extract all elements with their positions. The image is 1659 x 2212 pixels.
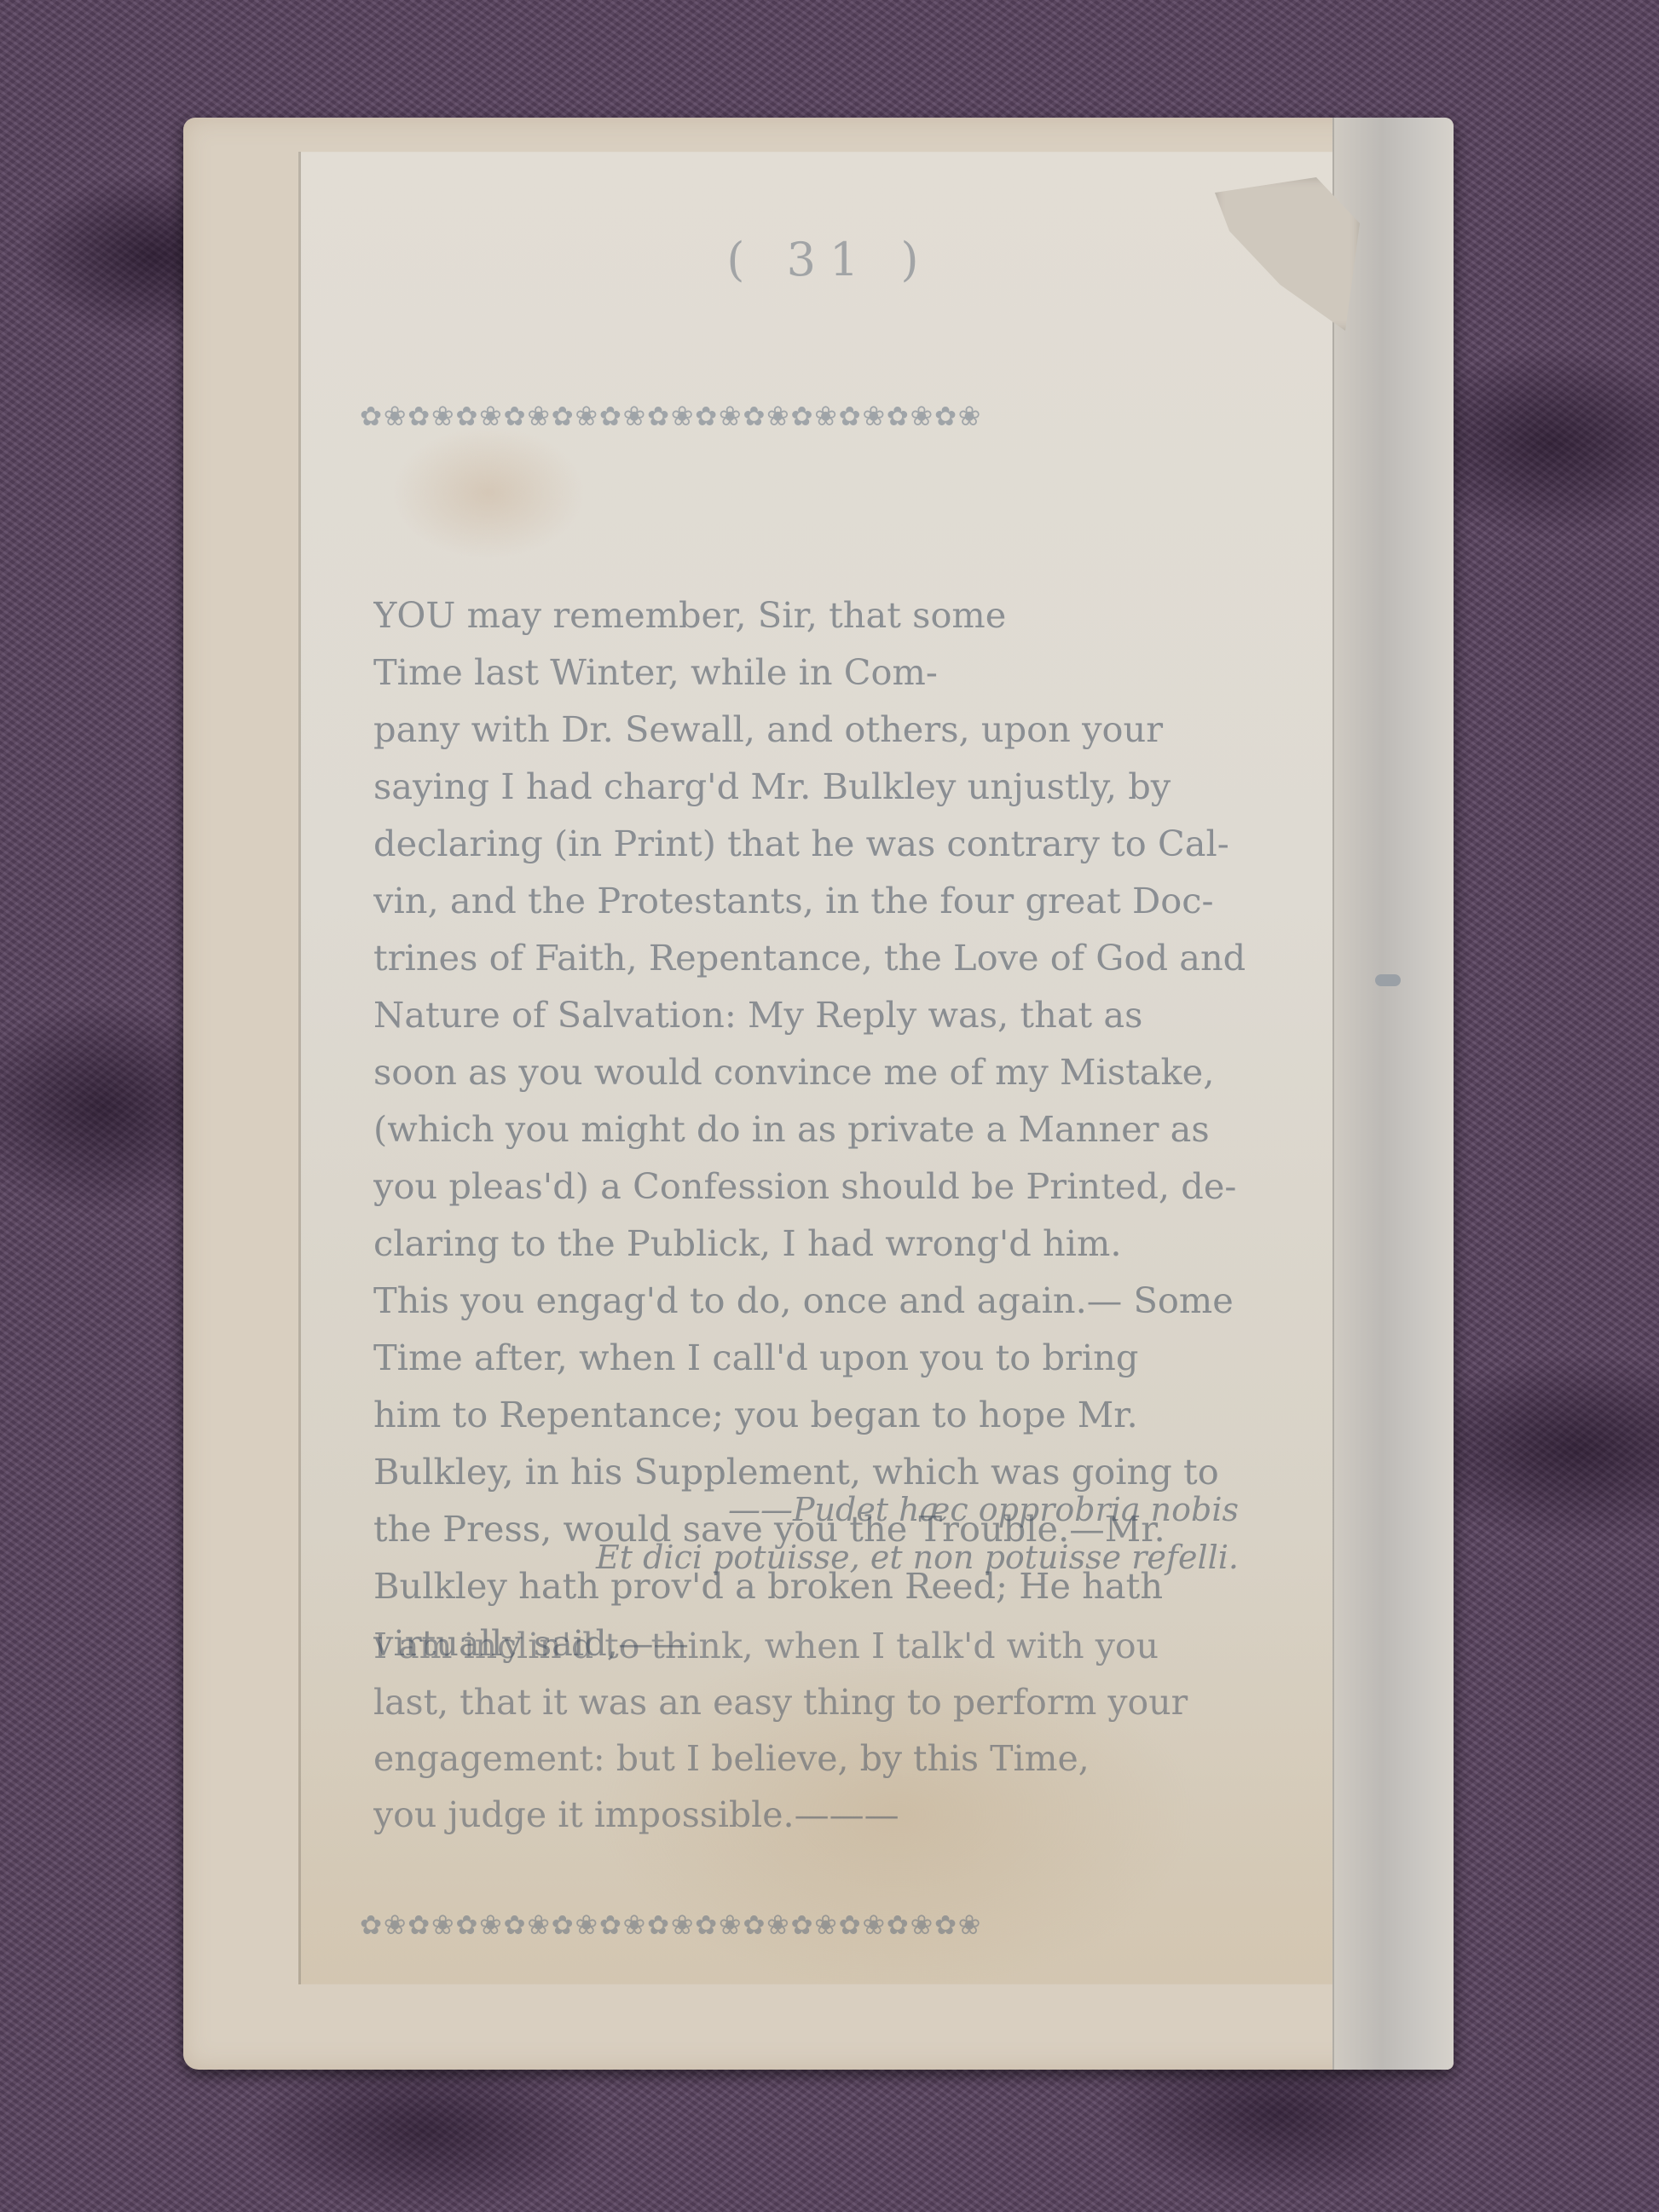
text-line: This you engag'd to do, once and again.—… — [373, 1272, 1286, 1329]
top-ornament-band: ✿❀✿❀✿❀✿❀✿❀✿❀✿❀✿❀✿❀✿❀✿❀✿❀✿❀ — [361, 395, 1307, 432]
binding-stitch — [1375, 974, 1401, 986]
bottom-ornament-band: ✿❀✿❀✿❀✿❀✿❀✿❀✿❀✿❀✿❀✿❀✿❀✿❀✿❀ — [361, 1903, 1307, 1941]
pamphlet: ( 31 ) ✿❀✿❀✿❀✿❀✿❀✿❀✿❀✿❀✿❀✿❀✿❀✿❀✿❀ YOU ma… — [183, 118, 1454, 2070]
page-surface: ( 31 ) ✿❀✿❀✿❀✿❀✿❀✿❀✿❀✿❀✿❀✿❀✿❀✿❀✿❀ YOU ma… — [298, 152, 1358, 1984]
text-line: Time last Winter, while in Com- — [373, 644, 1286, 701]
text-line: pany with Dr. Sewall, and others, upon y… — [373, 701, 1286, 758]
page-number: ( 31 ) — [301, 233, 1358, 286]
text-line: soon as you would convince me of my Mist… — [373, 1043, 1286, 1100]
text-line: Nature of Salvation: My Reply was, that … — [373, 986, 1286, 1043]
text-line: declaring (in Print) that he was contrar… — [373, 815, 1286, 872]
text-line: you judge it impossible.——— — [373, 1787, 1286, 1843]
text-line: last, that it was an easy thing to perfo… — [373, 1674, 1286, 1730]
text-line: you pleas'd) a Confession should be Prin… — [373, 1158, 1286, 1215]
closing-paragraph: I am inclin'd to think, when I talk'd wi… — [373, 1618, 1286, 1843]
text-line: Time after, when I call'd upon you to br… — [373, 1329, 1286, 1386]
text-line: vin, and the Protestants, in the four gr… — [373, 872, 1286, 929]
text-line: saying I had charg'd Mr. Bulkley unjustl… — [373, 758, 1286, 815]
text-line: him to Repentance; you began to hope Mr. — [373, 1386, 1286, 1443]
text-line: trines of Faith, Repentance, the Love of… — [373, 929, 1286, 986]
text-line: YOU may remember, Sir, that some — [373, 586, 1286, 644]
text-line: claring to the Publick, I had wrong'd hi… — [373, 1215, 1286, 1272]
latin-verse: ——Pudet hæc opprobria nobis Et dici potu… — [557, 1486, 1239, 1581]
verse-line: Et dici potuisse, et non potuisse refell… — [557, 1533, 1239, 1581]
verse-line: ——Pudet hæc opprobria nobis — [557, 1486, 1239, 1533]
text-line: (which you might do in as private a Mann… — [373, 1100, 1286, 1158]
text-line: I am inclin'd to think, when I talk'd wi… — [373, 1618, 1286, 1674]
spine-edge — [1332, 118, 1454, 2070]
text-line: engagement: but I believe, by this Time, — [373, 1730, 1286, 1787]
